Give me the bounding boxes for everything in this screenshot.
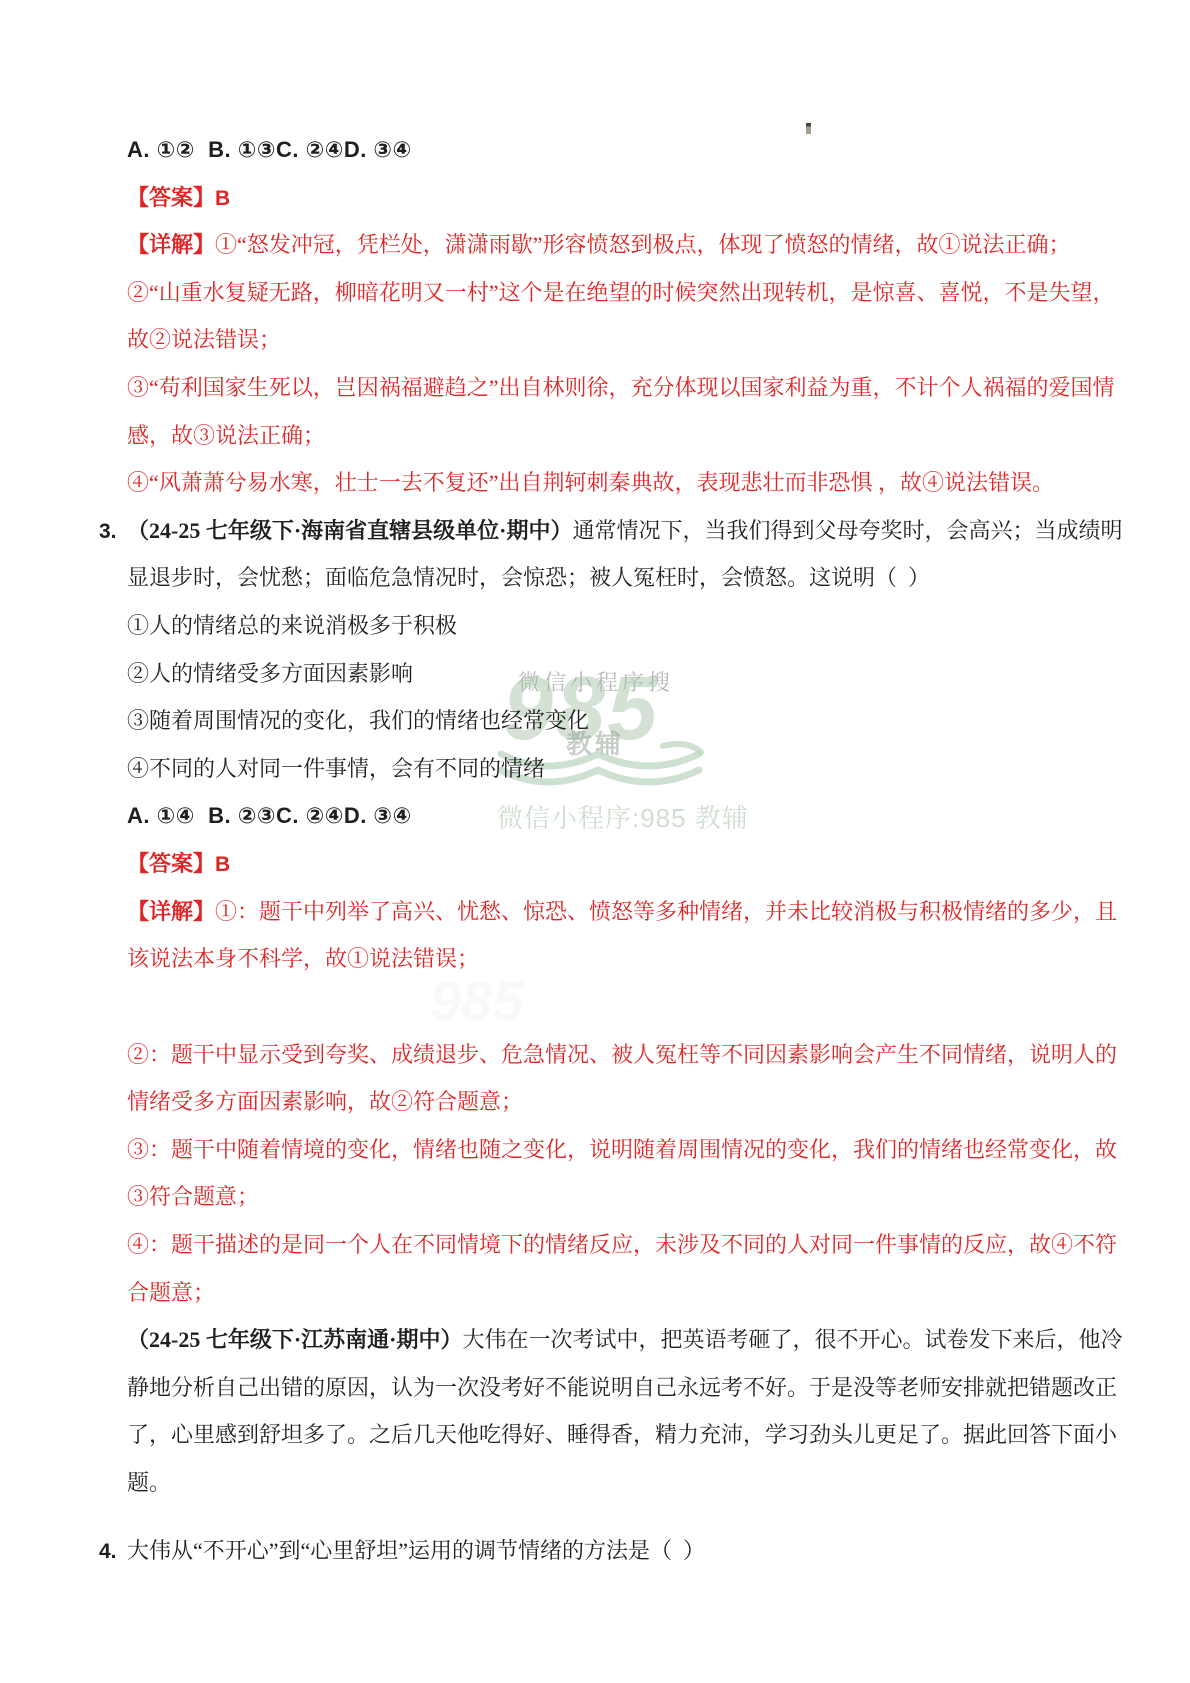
- explanation-q3-line-1: 【详解】①：题干中列举了高兴、忧愁、惊恐、愤怒等多种情绪，并未比较消极与积极情绪…: [127, 888, 1097, 936]
- question-3-statement-4: ④不同的人对同一件事情，会有不同的情绪: [127, 745, 1097, 793]
- explanation-label: 【详解】: [127, 232, 215, 257]
- question-4-stem: 4.大伟从“不开心”到“心里舒坦”运用的调节情绪的方法是（ ）: [127, 1527, 1097, 1575]
- explanation-q3-line-4: 情绪受多方面因素影响，故②符合题意；: [127, 1078, 1097, 1126]
- explanation-q2-line-1: 【详解】①“怒发冲冠，凭栏处，潇潇雨歇”形容愤怒到极点，体现了愤怒的情绪，故①说…: [127, 221, 1097, 269]
- explanation-q2-line-4: ③“苟利国家生死以，岂因祸福避趋之”出自林则徐，充分体现以国家利益为重，不计个人…: [127, 364, 1097, 412]
- question-3-stem-line-2: 显退步时，会忧愁；面临危急情况时，会惊恐；被人冤枉时，会愤怒。这说明（ ）: [127, 554, 1097, 602]
- question-3-source: （24-25 七年级下·海南省直辖县级单位·期中）: [127, 518, 573, 543]
- passage-line-1: （24-25 七年级下·江苏南通·期中）大伟在一次考试中，把英语考砸了，很不开心…: [127, 1316, 1097, 1364]
- explanation-q2-line-5: 感，故③说法正确；: [127, 412, 1097, 460]
- passage-source: （24-25 七年级下·江苏南通·期中）: [127, 1327, 463, 1352]
- explanation-q2-line-6: ④“风萧萧兮易水寒，壮士一去不复还”出自荆轲刺秦典故，表现悲壮而非恐惧 ，故④说…: [127, 459, 1097, 507]
- question-3-number: 3.: [99, 508, 127, 556]
- explanation-q2-line-3: 故②说法错误；: [127, 316, 1097, 364]
- answer-value: B: [215, 853, 230, 876]
- explanation-q3-line-5: ③：题干中随着情境的变化，情绪也随之变化，说明随着周围情况的变化，我们的情绪也经…: [127, 1126, 1097, 1174]
- question-3-statement-3: ③随着周围情况的变化，我们的情绪也经常变化: [127, 697, 1097, 745]
- question-4-number: 4.: [99, 1528, 127, 1576]
- explanation-label: 【详解】: [127, 899, 215, 924]
- passage-line-2: 静地分析自己出错的原因，认为一次没考好不能说明自己永远考不好。于是没等老师安排就…: [127, 1364, 1097, 1412]
- explanation-q3-line-6: ③符合题意；: [127, 1173, 1097, 1221]
- question-3-statement-1: ①人的情绪总的来说消极多于积极: [127, 602, 1097, 650]
- question-3-stem-line-1: 3.（24-25 七年级下·海南省直辖县级单位·期中）通常情况下，当我们得到父母…: [127, 507, 1097, 555]
- answer-label: 【答案】: [127, 851, 215, 876]
- explanation-q3-line-2: 该说法本身不科学，故①说法错误；: [127, 935, 1097, 983]
- explanation-q3-line-7: ④：题干描述的是同一个人在不同情境下的情绪反应，未涉及不同的人对同一件事情的反应…: [127, 1221, 1097, 1269]
- scan-artifact-mark: [806, 123, 811, 134]
- answer-q2: 【答案】B: [127, 174, 1097, 222]
- answer-q3: 【答案】B: [127, 840, 1097, 888]
- answer-label: 【答案】: [127, 185, 215, 210]
- answer-value: B: [215, 187, 230, 210]
- question-3-statement-2: ②人的情绪受多方面因素影响: [127, 650, 1097, 698]
- explanation-q2-line-2: ②“山重水复疑无路，柳暗花明又一村”这个是在绝望的时候突然出现转机，是惊喜、喜悦…: [127, 269, 1097, 317]
- explanation-q3-line-3: ②：题干中显示受到夸奖、成绩退步、危急情况、被人冤枉等不同因素影响会产生不同情绪…: [127, 1031, 1097, 1079]
- passage-line-3: 了，心里感到舒坦多了。之后几天他吃得好、睡得香，精力充沛，学习劲头儿更足了。据此…: [127, 1411, 1097, 1459]
- explanation-q3-line-8: 合题意；: [127, 1269, 1097, 1317]
- passage-line-4: 题。: [127, 1459, 1097, 1507]
- options-line-q3: A. ①④ B. ②③C. ②④D. ③④: [127, 792, 1097, 840]
- options-line-q2: A. ①② B. ①③C. ②④D. ③④: [127, 126, 1097, 174]
- document-page: A. ①② B. ①③C. ②④D. ③④ 【答案】B 【详解】①“怒发冲冠，凭…: [127, 126, 1097, 1574]
